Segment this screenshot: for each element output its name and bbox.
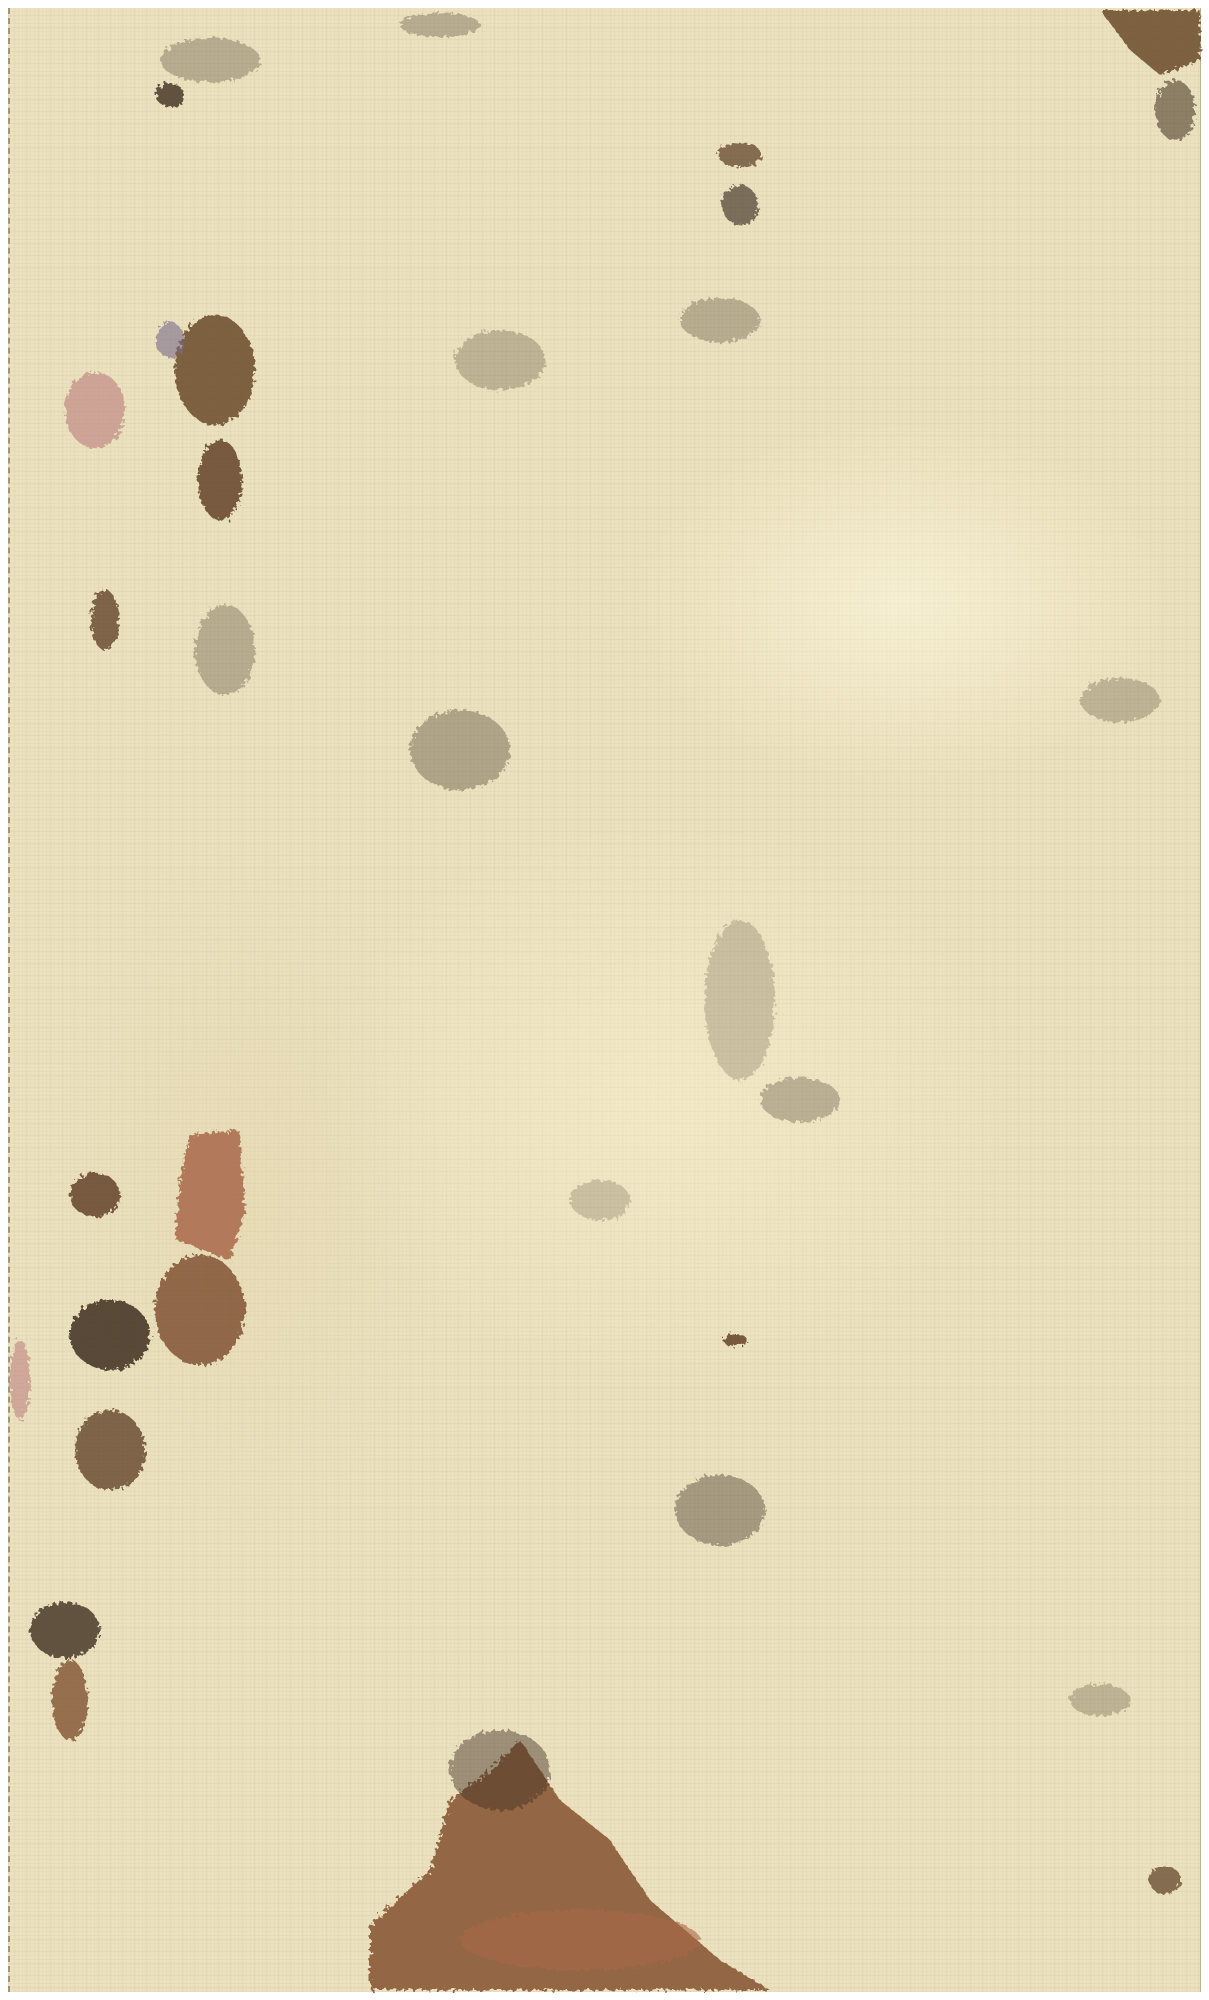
wear-spots [10,10,1200,1990]
worn-pattern-remnants [0,0,1209,2000]
